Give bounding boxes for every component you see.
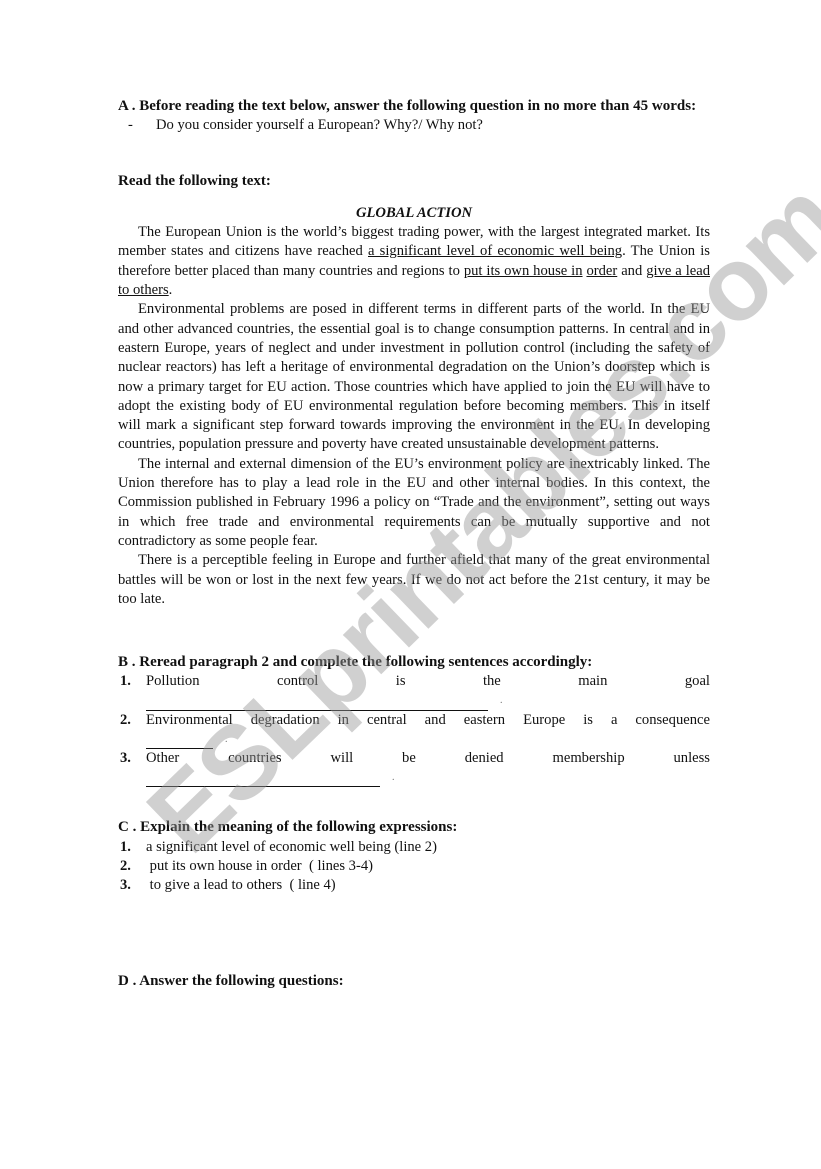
paragraph-1-text: .	[169, 282, 173, 298]
fill-item-1: 1. Pollution control is the main goal .	[118, 672, 710, 710]
answer-blank[interactable]	[146, 774, 380, 787]
section-b-list: 1. Pollution control is the main goal . …	[118, 672, 710, 787]
fill-item-3: 3. Other countries will be denied member…	[118, 749, 710, 787]
expression-item: 3. to give a lead to others ( line 4)	[118, 876, 710, 895]
worksheet-page: A . Before reading the text below, answe…	[118, 97, 710, 991]
underlined-phrase: a significant level of economic well bei…	[368, 243, 622, 259]
answer-blank[interactable]	[146, 736, 213, 749]
expression-item: 1. a significant level of economic well …	[118, 838, 710, 857]
underlined-phrase: put its own house in	[464, 263, 583, 279]
item-number: 2.	[118, 857, 146, 876]
dash-bullet: -	[128, 116, 156, 135]
expression-text: to give a lead to others ( line 4)	[146, 876, 710, 895]
item-number: 2.	[118, 711, 146, 730]
article-title: GLOBAL ACTION	[118, 204, 710, 223]
section-a-question: - Do you consider yourself a European? W…	[128, 116, 710, 135]
fill-item-2: 2. Environmental degradation in central …	[118, 711, 710, 749]
expression-item: 2. put its own house in order ( lines 3-…	[118, 857, 710, 876]
section-a-title: A . Before reading the text below, answe…	[118, 97, 710, 116]
blank-end-mark: .	[500, 691, 503, 710]
article-paragraph-3: The internal and external dimension of t…	[118, 455, 710, 551]
section-c-list: 1. a significant level of economic well …	[118, 838, 710, 896]
section-a-question-text: Do you consider yourself a European? Why…	[156, 116, 483, 135]
section-c-title: C . Explain the meaning of the following…	[118, 818, 710, 837]
article-paragraph-2: Environmental problems are posed in diff…	[118, 300, 710, 454]
item-number: 3.	[118, 876, 146, 895]
paragraph-1-text: and	[617, 263, 646, 279]
article-paragraph-1: The European Union is the world’s bigges…	[118, 223, 710, 300]
item-number: 1.	[118, 838, 146, 857]
blank-end-mark: .	[392, 768, 395, 787]
expression-text: put its own house in order ( lines 3-4)	[146, 857, 710, 876]
underlined-phrase: order	[586, 263, 617, 279]
article-paragraph-4: There is a perceptible feeling in Europe…	[118, 551, 710, 609]
item-number: 1.	[118, 672, 146, 691]
item-number: 3.	[118, 749, 146, 768]
section-d-title: D . Answer the following questions:	[118, 972, 710, 991]
fill-item-text: Pollution control is the main goal	[146, 672, 710, 691]
fill-item-text: Environmental degradation in central and…	[146, 711, 710, 730]
fill-item-text: Other countries will be denied membershi…	[146, 749, 710, 768]
expression-text: a significant level of economic well bei…	[146, 838, 710, 857]
answer-blank[interactable]	[146, 698, 488, 711]
section-b-title: B . Reread paragraph 2 and complete the …	[118, 653, 710, 672]
read-instruction: Read the following text:	[118, 172, 710, 191]
blank-end-mark: .	[225, 730, 228, 749]
